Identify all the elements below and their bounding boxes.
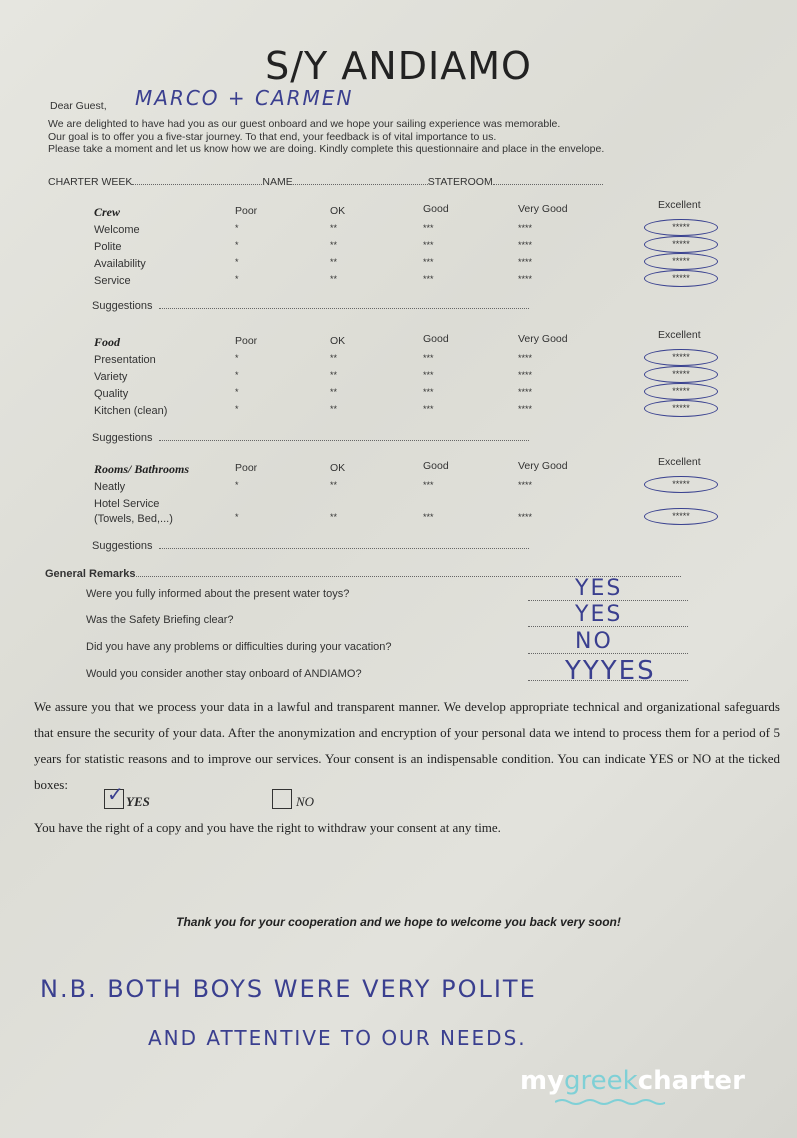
rating-row-label: Service: [94, 274, 131, 289]
rating-row-label: Presentation: [94, 353, 156, 368]
rating-option[interactable]: ***: [423, 370, 434, 380]
rating-option[interactable]: **: [330, 512, 337, 522]
rating-column-header: Poor: [235, 335, 257, 347]
rating-option[interactable]: *: [235, 404, 239, 414]
suggestions-field[interactable]: Suggestions: [92, 432, 529, 444]
stateroom-label: STATEROOM: [428, 176, 493, 188]
rating-row-label: Neatly: [94, 480, 125, 495]
rating-option[interactable]: **: [330, 353, 337, 363]
rating-column-header: Excellent: [658, 199, 701, 211]
rating-column-header: Good: [423, 460, 449, 472]
section-title: Crew: [94, 205, 120, 220]
handwritten-note-line2: AND ATTENTIVE TO OUR NEEDS.: [148, 1026, 527, 1050]
rating-option[interactable]: ****: [518, 387, 532, 397]
general-question: Was the Safety Briefing clear?: [86, 614, 234, 626]
rating-row-label: Welcome: [94, 223, 140, 238]
rating-column-header: Very Good: [518, 203, 568, 215]
rating-option-selected[interactable]: *****: [644, 508, 718, 525]
rating-option-selected[interactable]: *****: [644, 253, 718, 270]
thank-you-text: Thank you for your cooperation and we ho…: [0, 915, 797, 929]
rating-column-header: Very Good: [518, 333, 568, 345]
rating-option[interactable]: ****: [518, 512, 532, 522]
rating-option[interactable]: ****: [518, 274, 532, 284]
checkmark-icon: ✓: [107, 782, 124, 807]
suggestions-line[interactable]: [159, 548, 529, 549]
general-question: Would you consider another stay onboard …: [86, 668, 362, 680]
form-title: S/Y ANDIAMO: [0, 44, 797, 88]
intro-line: Please take a moment and let us know how…: [48, 143, 604, 156]
suggestions-field[interactable]: Suggestions: [92, 300, 529, 312]
handwritten-answer: YYYES: [565, 656, 656, 686]
rating-column-header: OK: [330, 205, 345, 217]
rating-column-header: Excellent: [658, 456, 701, 468]
rating-option[interactable]: **: [330, 240, 337, 250]
logo-greek: greek: [564, 1066, 638, 1096]
consent-yes-label: YES: [126, 794, 150, 810]
handwritten-answer: NO: [575, 629, 613, 654]
rating-option[interactable]: **: [330, 387, 337, 397]
rating-option[interactable]: **: [330, 370, 337, 380]
guest-names-handwritten: MARCO + CARMEN: [135, 86, 353, 110]
rating-option[interactable]: ****: [518, 370, 532, 380]
rating-option[interactable]: ***: [423, 512, 434, 522]
rating-option-selected[interactable]: *****: [644, 219, 718, 236]
consent-text: We assure you that we process your data …: [34, 694, 780, 798]
suggestions-label: Suggestions: [92, 540, 153, 552]
intro-line: Our goal is to offer you a five-star jou…: [48, 131, 604, 144]
rating-option[interactable]: *: [235, 240, 239, 250]
suggestions-line[interactable]: [159, 308, 529, 309]
suggestions-label: Suggestions: [92, 300, 153, 312]
name-field[interactable]: [293, 184, 428, 185]
rating-option[interactable]: ****: [518, 353, 532, 363]
rating-option[interactable]: *: [235, 257, 239, 267]
rating-column-header: Poor: [235, 462, 257, 474]
rating-option-selected[interactable]: *****: [644, 400, 718, 417]
rating-column-header: Good: [423, 203, 449, 215]
rating-option-selected[interactable]: *****: [644, 236, 718, 253]
rating-row-label: Availability: [94, 257, 146, 272]
rating-row-label: Quality: [94, 387, 128, 402]
rating-option[interactable]: *: [235, 223, 239, 233]
logo-charter: charter: [638, 1066, 745, 1096]
rating-row-label: Hotel Service (Towels, Bed,...): [94, 497, 173, 527]
general-remarks-title: General Remarks: [45, 568, 136, 580]
rating-option[interactable]: ***: [423, 274, 434, 284]
rating-column-header: Poor: [235, 205, 257, 217]
rating-option[interactable]: *: [235, 512, 239, 522]
rating-option[interactable]: ****: [518, 404, 532, 414]
consent-yes-checkbox[interactable]: ✓: [104, 789, 124, 809]
rating-option-selected[interactable]: *****: [644, 366, 718, 383]
rating-option-selected[interactable]: *****: [644, 383, 718, 400]
general-question: Were you fully informed about the presen…: [86, 588, 349, 600]
charter-week-label: CHARTER WEEK: [48, 176, 132, 188]
logo-my: my: [520, 1066, 564, 1096]
rating-row-label: Variety: [94, 370, 127, 385]
rating-column-header: Very Good: [518, 460, 568, 472]
rating-row-label: Polite: [94, 240, 122, 255]
intro-text: We are delighted to have had you as our …: [48, 118, 604, 156]
rating-option[interactable]: ****: [518, 223, 532, 233]
general-question: Did you have any problems or difficultie…: [86, 641, 392, 653]
rating-column-header: OK: [330, 462, 345, 474]
rating-option-selected[interactable]: *****: [644, 476, 718, 493]
rating-option[interactable]: ***: [423, 240, 434, 250]
rating-option-selected[interactable]: *****: [644, 349, 718, 366]
rating-option[interactable]: **: [330, 223, 337, 233]
rating-option[interactable]: ****: [518, 240, 532, 250]
rating-option[interactable]: *: [235, 353, 239, 363]
rating-option[interactable]: *: [235, 370, 239, 380]
handwritten-answer: YES: [575, 602, 622, 627]
suggestions-label: Suggestions: [92, 432, 153, 444]
rating-option[interactable]: ***: [423, 223, 434, 233]
rating-option[interactable]: *: [235, 274, 239, 284]
rating-option[interactable]: ***: [423, 257, 434, 267]
rights-text: You have the right of a copy and you hav…: [34, 820, 501, 836]
rating-option[interactable]: **: [330, 274, 337, 284]
greeting: Dear Guest,: [50, 100, 107, 112]
handwritten-answer: YES: [575, 576, 622, 601]
watermark-logo: mygreekcharter: [520, 1066, 745, 1096]
rating-option[interactable]: ****: [518, 480, 532, 490]
stateroom-field[interactable]: [493, 184, 603, 185]
rating-column-header: OK: [330, 335, 345, 347]
consent-no-label: NO: [296, 794, 314, 810]
section-title: Rooms/ Bathrooms: [94, 462, 189, 477]
rating-option[interactable]: **: [330, 480, 337, 490]
rating-column-header: Excellent: [658, 329, 701, 341]
rating-option-selected[interactable]: *****: [644, 270, 718, 287]
section-title: Food: [94, 335, 120, 350]
rating-column-header: Good: [423, 333, 449, 345]
rating-row-label: Kitchen (clean): [94, 404, 167, 419]
rating-option[interactable]: ***: [423, 404, 434, 414]
rating-option[interactable]: *: [235, 480, 239, 490]
charter-info-fields: CHARTER WEEKNAMESTATEROOM: [48, 176, 603, 188]
rating-option[interactable]: **: [330, 404, 337, 414]
suggestions-field[interactable]: Suggestions: [92, 540, 529, 552]
rating-option[interactable]: ***: [423, 387, 434, 397]
name-label: NAME: [262, 176, 292, 188]
wave-icon: [555, 1098, 665, 1106]
rating-option[interactable]: *: [235, 387, 239, 397]
rating-option[interactable]: ***: [423, 353, 434, 363]
intro-line: We are delighted to have had you as our …: [48, 118, 604, 131]
rating-option[interactable]: ***: [423, 480, 434, 490]
consent-no-checkbox[interactable]: [272, 789, 292, 809]
rating-option[interactable]: ****: [518, 257, 532, 267]
handwritten-note-line1: N.B. BOTH BOYS WERE VERY POLITE: [40, 975, 537, 1003]
charter-week-field[interactable]: [132, 184, 262, 185]
suggestions-line[interactable]: [159, 440, 529, 441]
rating-option[interactable]: **: [330, 257, 337, 267]
